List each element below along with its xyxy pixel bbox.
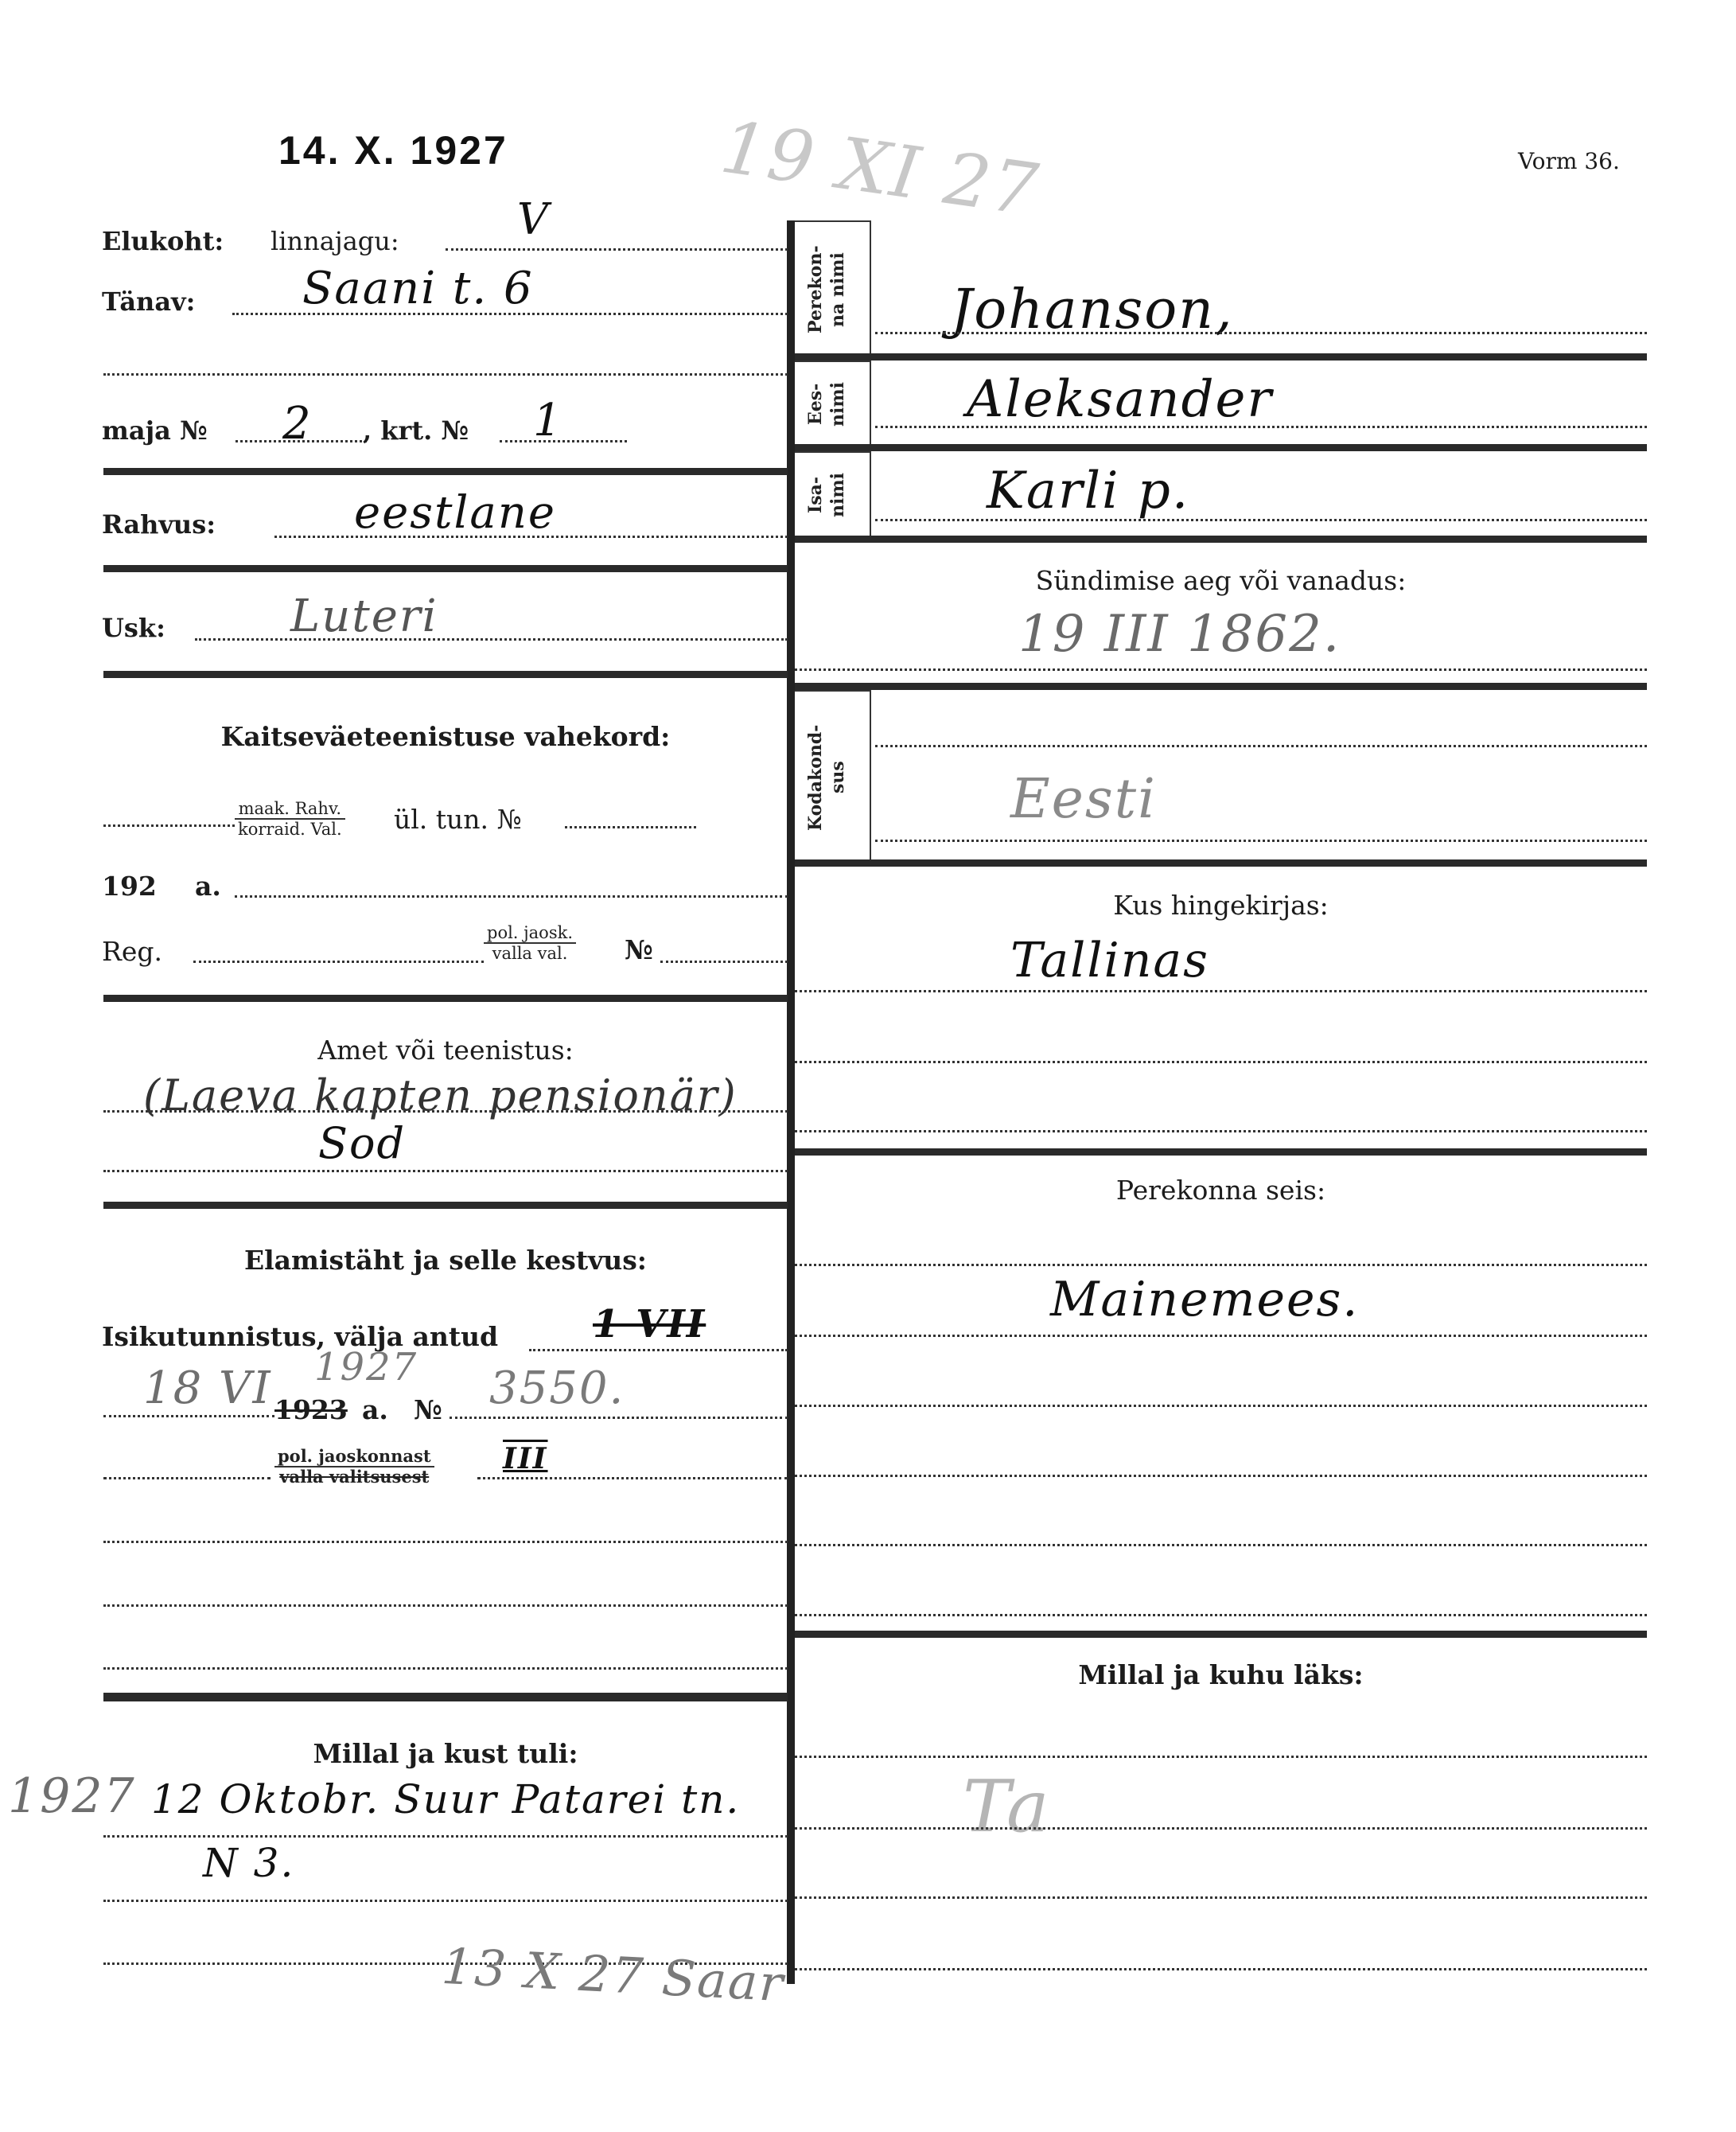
patronymic-label-box: Isa- nimi [795, 451, 871, 539]
arrival-heading: Millal ja kust tuli: [103, 1738, 788, 1769]
military-year-prefix: 192 [102, 871, 157, 902]
marital-field-line [795, 1405, 1647, 1407]
district-field-line [446, 248, 788, 251]
label-line: Kodakond- [805, 724, 826, 830]
reg-no-field-line [660, 961, 788, 963]
id-day-month[interactable]: 18 VI [143, 1362, 272, 1414]
arrival-value-line1[interactable]: 12 Oktobr. Suur Patarei tn. [151, 1776, 740, 1822]
id-number-field-line [450, 1417, 788, 1419]
departure-field-line [795, 1968, 1647, 1970]
label-line: Isa- [805, 477, 826, 513]
precinct-field-line [103, 1477, 271, 1479]
section-rule [795, 1631, 1647, 1638]
arrival-margin-year: 1927 [8, 1768, 136, 1824]
fraction-numerator: maak. Rahv. [235, 799, 345, 820]
citizenship-label-box: Kodakond- sus [795, 690, 871, 863]
section-rule [795, 353, 1647, 361]
marital-status-value[interactable]: Mainemees. [1050, 1272, 1359, 1327]
religion-field-line [195, 638, 788, 641]
id-number[interactable]: 3550. [489, 1362, 625, 1414]
military-fraction: maak. Rahv. korraid. Val. [235, 799, 345, 839]
citizenship-label: Kodakond- sus [804, 707, 849, 848]
departure-field-line [795, 1896, 1647, 1899]
marital-field-line [795, 1475, 1647, 1477]
marital-field-line [795, 1614, 1647, 1616]
section-rule [103, 468, 788, 475]
district-value[interactable]: V [517, 194, 550, 244]
reg-fraction: pol. jaosk. valla val. [484, 923, 576, 963]
section-rule [795, 536, 1647, 543]
pencil-top-note: 19 XI 27 [716, 106, 1045, 233]
section-rule [103, 1202, 788, 1209]
arrival-value-line2[interactable]: N 3. [203, 1840, 294, 1886]
parish-register-heading: Kus hingekirjas: [795, 890, 1647, 921]
precinct-extra-line [477, 1477, 788, 1479]
id-no-label: № [414, 1394, 442, 1425]
street-label: Tänav: [102, 286, 195, 317]
parish-field-line [795, 1130, 1647, 1132]
occupation-value[interactable]: (Laeva kapten pensionär) [143, 1070, 738, 1121]
section-rule [795, 859, 1647, 867]
marital-field-line [795, 1544, 1647, 1546]
surname-label-box: Perekon- na nimi [795, 220, 871, 359]
id-issued-struck-date: 1 VII [593, 1302, 706, 1347]
citizenship-field-line [875, 745, 1647, 747]
marital-status-heading: Perekonna seis: [795, 1175, 1647, 1206]
birth-heading: Sündimise aeg või vanadus: [795, 565, 1647, 596]
bottom-pencil-note: 13 X 27 Saar [440, 1937, 785, 2013]
nationality-value[interactable]: eestlane [354, 487, 556, 539]
ul-tun-field-line [565, 826, 696, 828]
fraction-denominator: valla val. [484, 944, 576, 963]
patronymic-value[interactable]: Karli p. [987, 462, 1189, 520]
surname-field-line [875, 332, 1647, 334]
surname-label: Perekon- na nimi [804, 232, 849, 348]
citizenship-field-line [875, 840, 1647, 842]
apartment-label: , krt. № [363, 415, 469, 446]
id-year-suffix: a. [362, 1394, 388, 1425]
departure-heading: Millal ja kuhu läks: [795, 1659, 1647, 1690]
date-stamp: 14. X. 1927 [278, 127, 508, 173]
street-value[interactable]: Saani t. 6 [302, 263, 534, 314]
id-label: Isikutunnistus, välja antud [102, 1321, 498, 1352]
religion-label: Usk: [102, 613, 165, 643]
ul-tun-label: ül. tun. № [394, 804, 522, 835]
military-year-field-line [235, 895, 788, 898]
id-date-field-line [103, 1415, 274, 1417]
blank-line [103, 1541, 788, 1543]
reg-label: Reg. [102, 936, 162, 967]
occupation-field-line [103, 1110, 788, 1113]
label-line: nimi [827, 473, 848, 517]
reg-no-label: № [625, 934, 653, 965]
arrival-field-line [103, 1835, 788, 1838]
form-number: Vorm 36. [1518, 148, 1620, 174]
section-rule [103, 565, 788, 572]
religion-value[interactable]: Luteri [290, 590, 438, 642]
first-name-value[interactable]: Aleksander [967, 370, 1273, 429]
occupation-field-line [103, 1170, 788, 1172]
citizenship-value[interactable]: Eesti [1010, 768, 1157, 831]
label-line: Perekon- [805, 246, 826, 334]
apartment-field-line [500, 440, 627, 442]
precinct-value[interactable]: III [503, 1442, 548, 1475]
label-line: Ees- [805, 384, 826, 425]
center-divider [787, 220, 795, 1984]
section-rule [103, 995, 788, 1002]
blank-line [103, 1604, 788, 1607]
section-rule [795, 683, 1647, 690]
label-line: sus [827, 762, 848, 794]
military-heading: Kaitseväeteenistuse vahekord: [103, 721, 788, 752]
nationality-label: Rahvus: [102, 509, 216, 540]
id-issued-field-line [529, 1349, 788, 1351]
reg-field-line [193, 961, 484, 963]
departure-field-line [795, 1756, 1647, 1758]
blank-line [103, 1667, 788, 1670]
fraction-numerator: pol. jaosk. [484, 923, 576, 944]
label-line: nimi [827, 382, 848, 427]
section-rule [103, 671, 788, 678]
house-value[interactable]: 2 [282, 398, 313, 450]
departure-field-line [795, 1827, 1647, 1830]
arrival-field-line [103, 1900, 788, 1902]
label-line: na nimi [827, 252, 848, 327]
house-label: maja № [102, 415, 208, 446]
id-year-printed: 1923 [274, 1394, 348, 1425]
marital-field-line [795, 1264, 1647, 1266]
marital-field-line [795, 1335, 1647, 1337]
parish-register-value[interactable]: Tallinas [1010, 933, 1209, 988]
first-name-label: Ees- nimi [804, 368, 849, 440]
fraction-numerator: pol. jaoskonnast [274, 1447, 434, 1467]
residence-label: Elukoht: [102, 226, 224, 256]
birth-field-line [795, 668, 1647, 671]
district-label: linnajagu: [271, 226, 399, 256]
section-rule [795, 1148, 1647, 1156]
section-rule [103, 1693, 788, 1701]
first-name-field-line [875, 426, 1647, 428]
patronymic-label: Isa- nimi [804, 459, 849, 531]
street-extra-line [103, 373, 788, 376]
section-rule [795, 444, 1647, 451]
first-name-label-box: Ees- nimi [795, 361, 871, 448]
fraction-denominator: korraid. Val. [235, 820, 345, 839]
patronymic-field-line [875, 519, 1647, 521]
apartment-value[interactable]: 1 [533, 395, 563, 446]
occupation-heading: Amet või teenistus: [103, 1035, 788, 1066]
departure-value[interactable]: Ta [963, 1765, 1051, 1849]
military-year-suffix: a. [195, 871, 221, 902]
id-year-handwritten[interactable]: 1927 [314, 1345, 418, 1390]
fraction-denominator: valla valitsusest [274, 1467, 434, 1487]
residence-permit-heading: Elamistäht ja selle kestvus: [103, 1245, 788, 1276]
occupation-value-line2[interactable]: Sod [318, 1118, 406, 1168]
parish-field-line [795, 990, 1647, 992]
birth-value[interactable]: 19 III 1862. [1018, 605, 1341, 664]
precinct-fraction: pol. jaoskonnast valla valitsusest [274, 1447, 434, 1487]
military-field-line [103, 824, 235, 827]
parish-field-line [795, 1061, 1647, 1063]
